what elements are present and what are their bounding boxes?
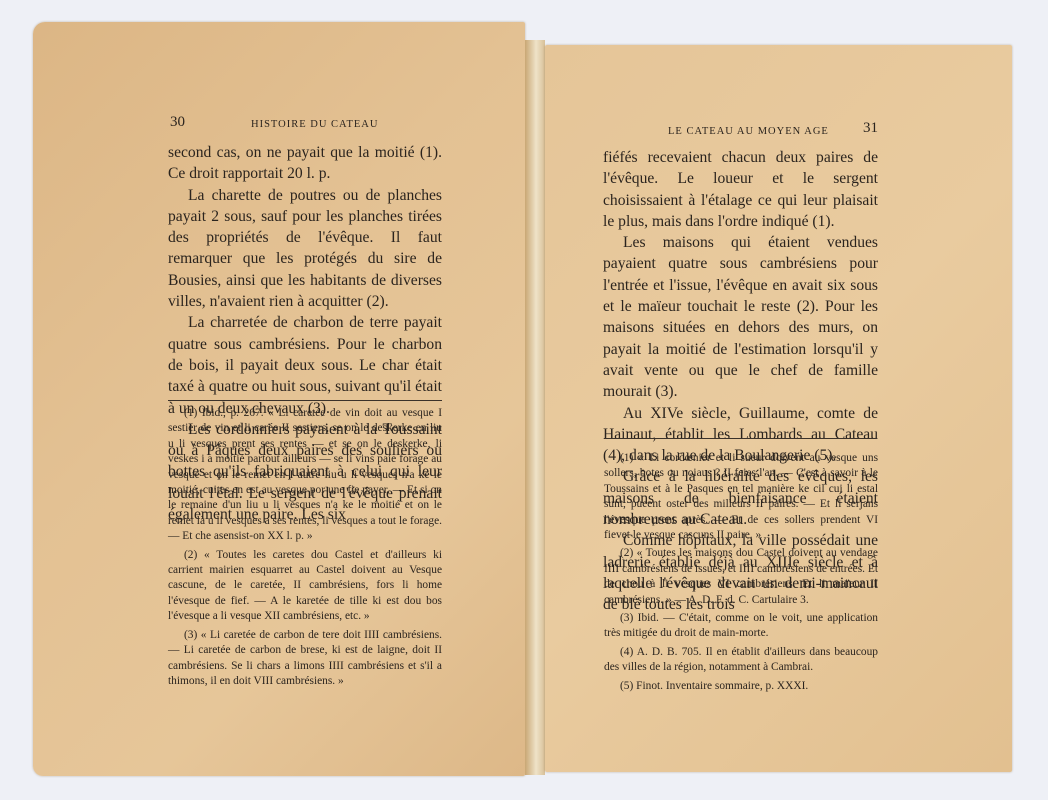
- right-footnotes: (1) « Li cordœnier et li sueur doivent a…: [604, 451, 878, 697]
- running-head-right: LE CATEAU AU MOYEN AGE: [668, 126, 829, 137]
- paragraph: Les maisons qui étaient vendues payaient…: [603, 232, 878, 402]
- running-head-left: HISTOIRE DU CATEAU: [251, 119, 378, 130]
- footnote: (4) A. D. B. 705. Il en établit d'ailleu…: [604, 645, 878, 676]
- paragraph: fiéfés recevaient chacun deux paires de …: [603, 147, 878, 232]
- page-number-right: 31: [863, 120, 878, 137]
- paragraph: second cas, on ne payait que la moitié (…: [168, 142, 442, 185]
- book-gutter: [525, 40, 545, 775]
- footnote: (1) « Li cordœnier et li sueur doivent a…: [604, 451, 878, 543]
- left-footnotes: (1) Ibid., p. 267. « Li caretée de vin d…: [168, 406, 442, 692]
- footnote: (2) « Toutes les caretes dou Castel et d…: [168, 548, 442, 625]
- footnote-rule-right: [604, 438, 877, 439]
- page-number-left: 30: [170, 114, 185, 131]
- footnote: (2) « Toutes les maisons dou Castel doiv…: [604, 546, 878, 608]
- footnote: (3) « Li caretée de carbon de tere doit …: [168, 628, 442, 690]
- footnote: (3) Ibid. — C'était, comme on le voit, u…: [604, 611, 878, 642]
- footnote: (5) Finot. Inventaire sommaire, p. XXXI.: [604, 679, 878, 694]
- footnote: (1) Ibid., p. 267. « Li caretée de vin d…: [168, 406, 442, 545]
- paragraph: La charretée de charbon de terre payait …: [168, 312, 442, 418]
- paragraph: La charette de poutres ou de planches pa…: [168, 185, 442, 313]
- footnote-rule-left: [168, 400, 442, 401]
